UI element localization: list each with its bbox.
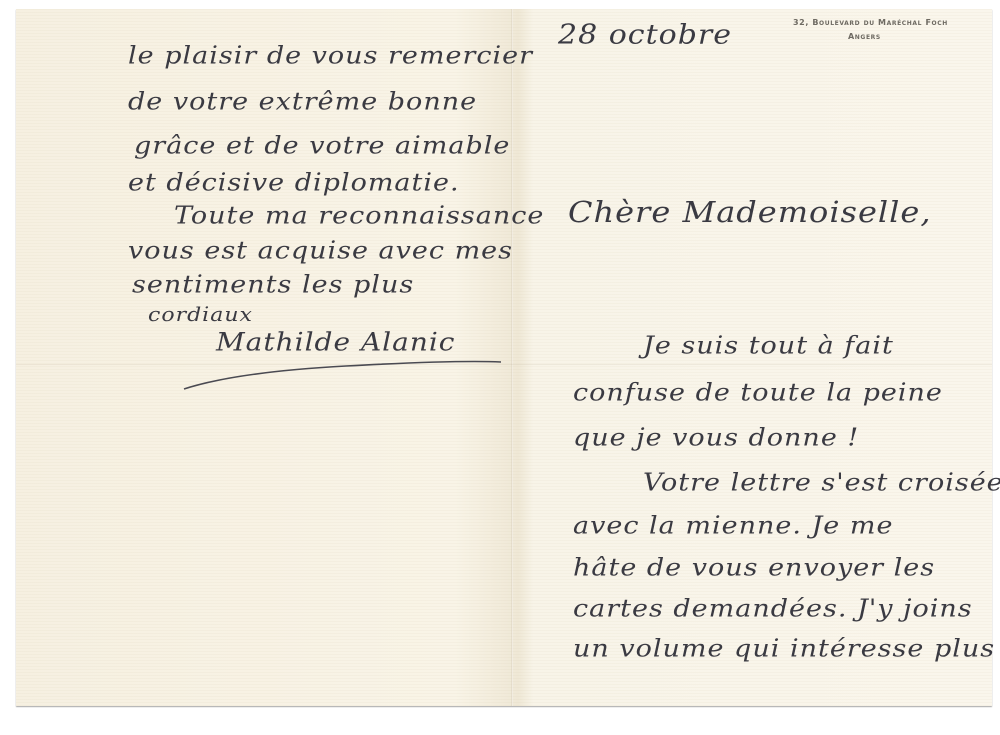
body-line-6: hâte de vous envoyer les bbox=[573, 554, 935, 582]
body-line-4: Votre lettre s'est croisée bbox=[643, 469, 1000, 497]
body-line-5: avec la mienne. Je me bbox=[573, 512, 893, 540]
left-line-5: Toute ma reconnaissance bbox=[174, 202, 544, 230]
salutation: Chère Mademoiselle, bbox=[568, 195, 931, 229]
letter-sheet: le plaisir de vous remercier de votre ex… bbox=[16, 9, 992, 706]
right-page: 28 octobre 32, Boulevard du Maréchal Foc… bbox=[513, 9, 992, 706]
letterhead-city: Angers bbox=[848, 32, 881, 41]
left-page: le plaisir de vous remercier de votre ex… bbox=[16, 9, 511, 706]
signature: Mathilde Alanic bbox=[216, 327, 456, 357]
left-line-3: grâce et de votre aimable bbox=[134, 132, 510, 160]
letter-date: 28 octobre bbox=[558, 19, 732, 51]
body-line-2: confuse de toute la peine bbox=[573, 379, 943, 407]
body-line-8: un volume qui intéresse plus bbox=[573, 635, 995, 663]
signature-flourish bbox=[176, 354, 506, 394]
left-line-4: et décisive diplomatie. bbox=[128, 169, 460, 197]
left-line-8: cordiaux bbox=[148, 304, 253, 327]
left-line-7: sentiments les plus bbox=[132, 271, 414, 299]
letterhead-address: 32, Boulevard du Maréchal Foch bbox=[793, 18, 948, 27]
left-line-1: le plaisir de vous remercier bbox=[128, 42, 533, 70]
left-line-6: vous est acquise avec mes bbox=[128, 237, 513, 265]
body-line-3: que je vous donne ! bbox=[573, 424, 859, 452]
left-line-2: de votre extrême bonne bbox=[128, 88, 477, 116]
body-line-7: cartes demandées. J'y joins bbox=[573, 595, 973, 623]
body-line-1: Je suis tout à fait bbox=[643, 332, 894, 360]
